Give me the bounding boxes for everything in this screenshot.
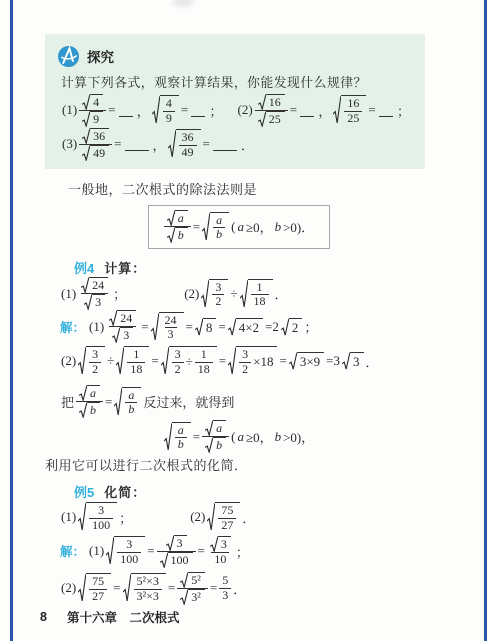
math-text: 3 bbox=[92, 348, 98, 361]
radical-sign-icon bbox=[210, 536, 218, 552]
rule-intro-text: 一般地，二次根式的除法法则是 bbox=[48, 179, 430, 198]
math-text: ． bbox=[233, 579, 246, 598]
math-text: 100 bbox=[171, 554, 189, 567]
sqrt-radical: 5² bbox=[180, 572, 205, 588]
math-text: 25 bbox=[269, 113, 281, 126]
fraction: 7527 bbox=[218, 504, 236, 531]
radical-sign-icon bbox=[106, 536, 114, 565]
example4-label: 例4 bbox=[74, 258, 94, 277]
math-text: = bbox=[198, 543, 205, 559]
math-text: 2 bbox=[242, 363, 248, 376]
radical-sign-icon bbox=[228, 346, 236, 375]
textbook-page: 探究 计算下列各式，观察计算结果，你能发现什么规律？ (1) 49=，49=；(… bbox=[0, 0, 488, 641]
math-text: a bbox=[237, 429, 244, 445]
fraction: ab bbox=[76, 385, 103, 418]
math-text: (1) bbox=[62, 102, 77, 118]
radical-sign-icon bbox=[82, 145, 90, 161]
math-text: ． bbox=[366, 352, 379, 371]
math-text: 75 bbox=[221, 504, 233, 517]
fraction: 310 bbox=[207, 536, 234, 566]
math-text: = bbox=[186, 319, 193, 335]
math-text: (2) bbox=[238, 102, 253, 118]
explore-question: 计算下列各式，观察计算结果，你能发现什么规律？ bbox=[61, 72, 411, 91]
radical-sign-icon bbox=[202, 212, 210, 241]
answer-blank bbox=[125, 150, 149, 151]
fraction: ab bbox=[213, 214, 225, 241]
math-text: ×18 bbox=[253, 354, 273, 370]
math-text: ； bbox=[304, 317, 317, 336]
math-text: = bbox=[210, 580, 217, 596]
radical-sign-icon bbox=[258, 94, 266, 110]
radical-sign-icon bbox=[195, 318, 203, 336]
math-text: =2 bbox=[265, 319, 279, 335]
example4-solution-2: (2) 32÷118=32÷118=32×18=3×9=33． bbox=[60, 343, 430, 379]
math-text: (1) bbox=[89, 319, 104, 335]
math-text: = bbox=[168, 580, 175, 596]
fraction: 118 bbox=[251, 281, 269, 308]
radical-sign-icon bbox=[116, 346, 124, 375]
sqrt-radical: 3 bbox=[112, 327, 133, 343]
right-blue-border bbox=[484, 0, 487, 641]
math-text: = bbox=[290, 102, 297, 118]
radical-sign-icon bbox=[151, 312, 159, 341]
fraction: 243 bbox=[106, 310, 139, 343]
example5-problems: (1) 3100；(2) 7527． bbox=[60, 501, 430, 533]
radical-sign-icon bbox=[109, 310, 117, 326]
math-text: 16 bbox=[269, 96, 281, 109]
sqrt-radical: 4 bbox=[82, 94, 103, 110]
sqrt-radical: 32×18 bbox=[228, 346, 277, 375]
page-content: 探究 计算下列各式，观察计算结果，你能发现什么规律？ (1) 49=，49=；(… bbox=[0, 0, 488, 607]
math-text: (1) bbox=[89, 543, 104, 559]
math-text: 18 bbox=[198, 363, 210, 376]
math-text: ( bbox=[231, 219, 235, 235]
example5-solution-2: (2) 7527=5²×33²×3=5²3²=53． bbox=[60, 569, 430, 607]
math-text: 4×2 bbox=[239, 320, 259, 336]
math-text: ， bbox=[153, 135, 166, 154]
sqrt-radical: ab bbox=[164, 422, 191, 451]
math-text: = bbox=[193, 219, 200, 235]
radical-sign-icon bbox=[207, 502, 215, 531]
math-text: 36 bbox=[93, 130, 105, 143]
math-text: a bbox=[178, 212, 184, 225]
math-text: = bbox=[147, 543, 154, 559]
math-text: 3 bbox=[95, 296, 101, 309]
math-text: 5² bbox=[191, 574, 201, 587]
math-text: ÷ bbox=[107, 353, 114, 369]
sqrt-radical: 118 bbox=[116, 346, 149, 375]
math-text: a bbox=[90, 387, 96, 400]
fraction: 118 bbox=[195, 348, 213, 375]
math-text: ． bbox=[241, 135, 254, 154]
answer-blank bbox=[119, 116, 133, 117]
example4-heading: 例4 计算： bbox=[74, 257, 430, 277]
sqrt-radical: ab bbox=[114, 387, 141, 416]
fraction: 5²3² bbox=[177, 572, 208, 605]
radical-sign-icon bbox=[201, 279, 209, 308]
example5-title: 化简： bbox=[104, 482, 146, 501]
radical-sign-icon bbox=[79, 402, 87, 418]
sqrt-radical: 32 bbox=[78, 346, 105, 375]
radical-sign-icon bbox=[123, 573, 131, 602]
simplify-note-text: 利用它可以进行二次根式的化简． bbox=[45, 455, 430, 473]
math-text: ． bbox=[275, 284, 288, 303]
sqrt-radical: ab bbox=[202, 212, 229, 241]
math-text: (2) bbox=[190, 509, 205, 525]
math-text: ≥0， bbox=[246, 427, 273, 446]
radical-sign-icon bbox=[78, 346, 86, 375]
math-text: 3 bbox=[98, 504, 104, 517]
math-text: b bbox=[178, 438, 184, 451]
radical-sign-icon bbox=[82, 128, 90, 144]
fraction: 53 bbox=[219, 574, 231, 601]
sqrt-radical: 36 bbox=[82, 128, 109, 144]
fraction: ab bbox=[125, 389, 137, 416]
math-text: 2 bbox=[92, 363, 98, 376]
radical-sign-icon bbox=[114, 387, 122, 416]
radical-sign-icon bbox=[167, 210, 175, 226]
math-text: ； bbox=[119, 508, 132, 527]
sqrt-radical: 32 bbox=[201, 279, 228, 308]
sqrt-radical: 7527 bbox=[78, 573, 111, 602]
solution-label: 解： bbox=[60, 542, 85, 560]
math-text: a bbox=[128, 389, 134, 402]
math-text: 24 bbox=[165, 314, 177, 327]
radical-sign-icon bbox=[205, 420, 213, 436]
explore-compass-icon bbox=[57, 45, 80, 68]
fraction: 49 bbox=[163, 97, 175, 124]
sqrt-radical: a bbox=[167, 210, 188, 226]
math-text: a bbox=[178, 424, 184, 437]
reversed-rule-wrap: ab=ab (a≥0，b>0)， bbox=[48, 420, 430, 453]
math-text: 3 bbox=[175, 348, 181, 361]
sqrt-radical: 32÷118 bbox=[161, 346, 217, 375]
math-text: =3 bbox=[326, 353, 340, 369]
fraction: 32 bbox=[212, 281, 224, 308]
math-text: ； bbox=[113, 284, 126, 303]
math-text: 3² bbox=[191, 591, 201, 604]
sqrt-radical: b bbox=[79, 402, 100, 418]
reversed-rule-formula: ab=ab (a≥0，b>0)， bbox=[163, 420, 316, 453]
math-text: = bbox=[181, 102, 188, 118]
math-text: 3 bbox=[353, 354, 360, 370]
example4-title: 计算： bbox=[104, 258, 146, 277]
sqrt-radical: 118 bbox=[240, 279, 273, 308]
math-text: ， bbox=[137, 101, 150, 120]
fraction: 3649 bbox=[79, 128, 112, 161]
math-text: = bbox=[203, 136, 210, 152]
math-text: 2 bbox=[175, 363, 181, 376]
fraction: 7527 bbox=[89, 575, 107, 602]
sqrt-radical: 243 bbox=[151, 312, 184, 341]
sqrt-radical: a bbox=[79, 385, 100, 401]
fraction: 3100 bbox=[89, 504, 113, 531]
math-text: 75 bbox=[92, 575, 104, 588]
radical-sign-icon bbox=[82, 94, 90, 110]
sqrt-radical: 3×9 bbox=[289, 352, 324, 370]
math-text: 100 bbox=[120, 553, 138, 566]
math-text: 100 bbox=[92, 519, 110, 532]
sqrt-radical: 16 bbox=[258, 94, 285, 110]
math-text: ； bbox=[236, 542, 249, 561]
sqrt-radical: 24 bbox=[109, 310, 136, 326]
explore-title: 探究 bbox=[87, 46, 114, 66]
fraction: ab bbox=[202, 420, 229, 453]
radical-sign-icon bbox=[84, 294, 92, 310]
math-text: = bbox=[279, 353, 286, 369]
radical-sign-icon bbox=[152, 95, 160, 124]
math-text: = bbox=[108, 102, 115, 118]
math-text: 9 bbox=[93, 113, 99, 126]
radical-sign-icon bbox=[289, 352, 297, 370]
math-text: 49 bbox=[93, 147, 105, 160]
explore-equations-row-1: (1) 49=，49=；(2) 1625=，1625=； bbox=[61, 93, 411, 127]
math-text: ； bbox=[209, 101, 222, 120]
fraction: ab bbox=[175, 424, 187, 451]
sqrt-radical: 49 bbox=[82, 145, 109, 161]
fraction: 49 bbox=[79, 94, 106, 127]
reverse-rule-sentence: 把ab=ab反过来，就得到 bbox=[60, 385, 430, 418]
fraction: ab bbox=[164, 210, 191, 243]
sqrt-radical: a bbox=[205, 420, 226, 436]
radical-sign-icon bbox=[82, 111, 90, 127]
fraction: 32 bbox=[89, 348, 101, 375]
math-text: b bbox=[216, 439, 222, 452]
math-text: 9 bbox=[166, 112, 172, 125]
math-text: 4 bbox=[93, 96, 99, 109]
fraction: 243 bbox=[162, 314, 180, 341]
explore-equations-row-2: (3) 3649=，3649=． bbox=[61, 127, 411, 161]
explore-box: 探究 计算下列各式，观察计算结果，你能发现什么规律？ (1) 49=，49=；(… bbox=[45, 34, 425, 169]
fraction: 3100 bbox=[157, 535, 196, 568]
sqrt-radical: 3649 bbox=[168, 129, 201, 158]
math-text: 2 bbox=[292, 320, 299, 336]
math-text: 27 bbox=[92, 590, 104, 603]
math-text: 3×9 bbox=[300, 354, 320, 370]
example5-solution-1: 解：(1) 3100=3100=310； bbox=[60, 533, 430, 569]
math-text: b bbox=[178, 229, 184, 242]
math-text: (1) bbox=[61, 286, 76, 302]
fraction: 1625 bbox=[344, 97, 362, 124]
radical-sign-icon bbox=[168, 129, 176, 158]
radical-sign-icon bbox=[160, 552, 168, 568]
page-number: 8 bbox=[40, 610, 47, 624]
math-text: a bbox=[216, 422, 222, 435]
page-footer: 8 第十六章 二次根式 bbox=[0, 608, 488, 641]
math-text: 5 bbox=[222, 574, 228, 587]
math-text: b bbox=[216, 228, 222, 241]
answer-blank bbox=[379, 116, 393, 117]
math-text: 1 bbox=[201, 348, 207, 361]
radical-sign-icon bbox=[161, 346, 169, 375]
math-text: b bbox=[128, 403, 134, 416]
radical-sign-icon bbox=[281, 318, 289, 336]
math-text: 3 bbox=[242, 348, 248, 361]
sqrt-radical: 3² bbox=[180, 589, 205, 605]
radical-sign-icon bbox=[78, 573, 86, 602]
sqrt-radical: 1625 bbox=[333, 95, 366, 124]
radical-sign-icon bbox=[167, 227, 175, 243]
sqrt-radical: 7527 bbox=[207, 502, 240, 531]
math-text: 1 bbox=[133, 348, 139, 361]
math-text: ． bbox=[242, 508, 255, 527]
sqrt-radical: 4×2 bbox=[228, 318, 263, 336]
math-text: 3 bbox=[126, 538, 132, 551]
fraction: 3100 bbox=[117, 538, 141, 565]
fraction: 5²×33²×3 bbox=[134, 575, 162, 602]
math-text: = bbox=[151, 353, 158, 369]
sqrt-radical: 24 bbox=[81, 277, 108, 293]
sqrt-radical: 8 bbox=[195, 318, 217, 336]
sqrt-radical: 3100 bbox=[78, 502, 117, 531]
sqrt-radical: 3100 bbox=[106, 536, 145, 565]
radical-sign-icon bbox=[333, 95, 341, 124]
answer-blank bbox=[191, 116, 205, 117]
math-text: a bbox=[237, 219, 244, 235]
math-text: = bbox=[141, 319, 148, 335]
math-text: b bbox=[275, 429, 282, 445]
math-text: 3 bbox=[177, 537, 183, 550]
math-text: 49 bbox=[182, 146, 194, 159]
sqrt-radical: b bbox=[205, 437, 226, 453]
fraction: 32 bbox=[239, 348, 251, 375]
radical-sign-icon bbox=[180, 589, 188, 605]
math-text: ( bbox=[231, 429, 235, 445]
math-text: 36 bbox=[182, 131, 194, 144]
radical-sign-icon bbox=[180, 572, 188, 588]
sqrt-radical: 3 bbox=[210, 536, 231, 552]
math-text: 把 bbox=[61, 392, 74, 411]
math-text: ÷ bbox=[230, 286, 237, 302]
math-text: 18 bbox=[130, 363, 142, 376]
math-text: (2) bbox=[184, 286, 199, 302]
radical-sign-icon bbox=[258, 111, 266, 127]
example5-label: 例5 bbox=[74, 482, 94, 501]
math-text: ； bbox=[397, 101, 410, 120]
sqrt-radical: b bbox=[167, 227, 188, 243]
math-text: (3) bbox=[62, 136, 77, 152]
math-text: b bbox=[275, 219, 282, 235]
math-text: = bbox=[113, 580, 120, 596]
math-text: 4 bbox=[166, 97, 172, 110]
math-text: = bbox=[218, 319, 225, 335]
example4-solution-1: 解：(1) 243=243=8=4×2=22； bbox=[60, 310, 430, 343]
division-rule-formula: ab=ab (a≥0，b>0)． bbox=[148, 205, 331, 249]
math-text: a bbox=[216, 214, 222, 227]
radical-sign-icon bbox=[79, 385, 87, 401]
math-text: (2) bbox=[61, 353, 76, 369]
answer-blank bbox=[213, 150, 237, 151]
math-text: 2 bbox=[215, 295, 221, 308]
math-text: = bbox=[105, 394, 112, 410]
radical-sign-icon bbox=[164, 422, 172, 451]
math-text: = bbox=[193, 429, 200, 445]
sqrt-radical: 3 bbox=[342, 352, 364, 370]
fraction: 3649 bbox=[179, 131, 197, 158]
math-text: 8 bbox=[206, 320, 213, 336]
example5-heading: 例5 化简： bbox=[74, 481, 430, 501]
math-text: ， bbox=[318, 101, 331, 120]
math-text: >0)， bbox=[283, 427, 314, 446]
solution-label: 解： bbox=[60, 318, 85, 336]
radical-sign-icon bbox=[78, 502, 86, 531]
math-text: 16 bbox=[347, 97, 359, 110]
fraction: 1625 bbox=[255, 94, 288, 127]
chapter-title: 第十六章 二次根式 bbox=[67, 608, 180, 626]
math-text: >0)． bbox=[283, 217, 314, 236]
answer-blank bbox=[300, 116, 314, 117]
sqrt-radical: 9 bbox=[82, 111, 103, 127]
math-text: 27 bbox=[221, 519, 233, 532]
math-text: 24 bbox=[92, 279, 104, 292]
math-text: 25 bbox=[347, 112, 359, 125]
math-text: 18 bbox=[254, 295, 266, 308]
explore-header: 探究 bbox=[57, 44, 411, 68]
sqrt-radical: 5²×33²×3 bbox=[123, 573, 166, 602]
math-text: = bbox=[368, 102, 375, 118]
math-text: 3 bbox=[221, 538, 227, 551]
math-text: = bbox=[219, 353, 226, 369]
radical-sign-icon bbox=[342, 352, 350, 370]
division-rule-box-wrap: ab=ab (a≥0，b>0)． bbox=[48, 205, 430, 249]
fraction: 32 bbox=[172, 348, 184, 375]
left-blue-border bbox=[10, 0, 13, 641]
sqrt-radical: 2 bbox=[281, 318, 303, 336]
math-text: 反过来，就得到 bbox=[143, 392, 234, 411]
sqrt-radical: 3 bbox=[166, 535, 187, 551]
radical-sign-icon bbox=[166, 535, 174, 551]
math-text: 24 bbox=[120, 312, 132, 325]
math-text: 5²×3 bbox=[137, 575, 159, 588]
math-text: 10 bbox=[214, 553, 226, 566]
math-text: ≥0， bbox=[246, 217, 273, 236]
radical-sign-icon bbox=[240, 279, 248, 308]
math-text: 3 bbox=[222, 589, 228, 602]
math-text: b bbox=[90, 404, 96, 417]
sqrt-radical: 3 bbox=[84, 294, 105, 310]
radical-sign-icon bbox=[205, 437, 213, 453]
math-text: 3 bbox=[123, 329, 129, 342]
sqrt-radical: 49 bbox=[152, 95, 179, 124]
math-text: 3 bbox=[215, 281, 221, 294]
fraction: 118 bbox=[127, 348, 145, 375]
math-text: (2) bbox=[61, 580, 76, 596]
math-text: 3²×3 bbox=[137, 590, 159, 603]
sqrt-radical: 25 bbox=[258, 111, 285, 127]
radical-sign-icon bbox=[81, 277, 89, 293]
example4-problems: (1) 243；(2) 32÷118． bbox=[60, 277, 430, 310]
radical-sign-icon bbox=[112, 327, 120, 343]
math-text: 3 bbox=[168, 328, 174, 341]
math-text: ÷ bbox=[186, 354, 193, 370]
sqrt-radical: 100 bbox=[160, 552, 193, 568]
math-text: (1) bbox=[61, 509, 76, 525]
math-text: 1 bbox=[257, 281, 263, 294]
radical-sign-icon bbox=[228, 318, 236, 336]
fraction: 243 bbox=[78, 277, 111, 310]
math-text: = bbox=[114, 136, 121, 152]
